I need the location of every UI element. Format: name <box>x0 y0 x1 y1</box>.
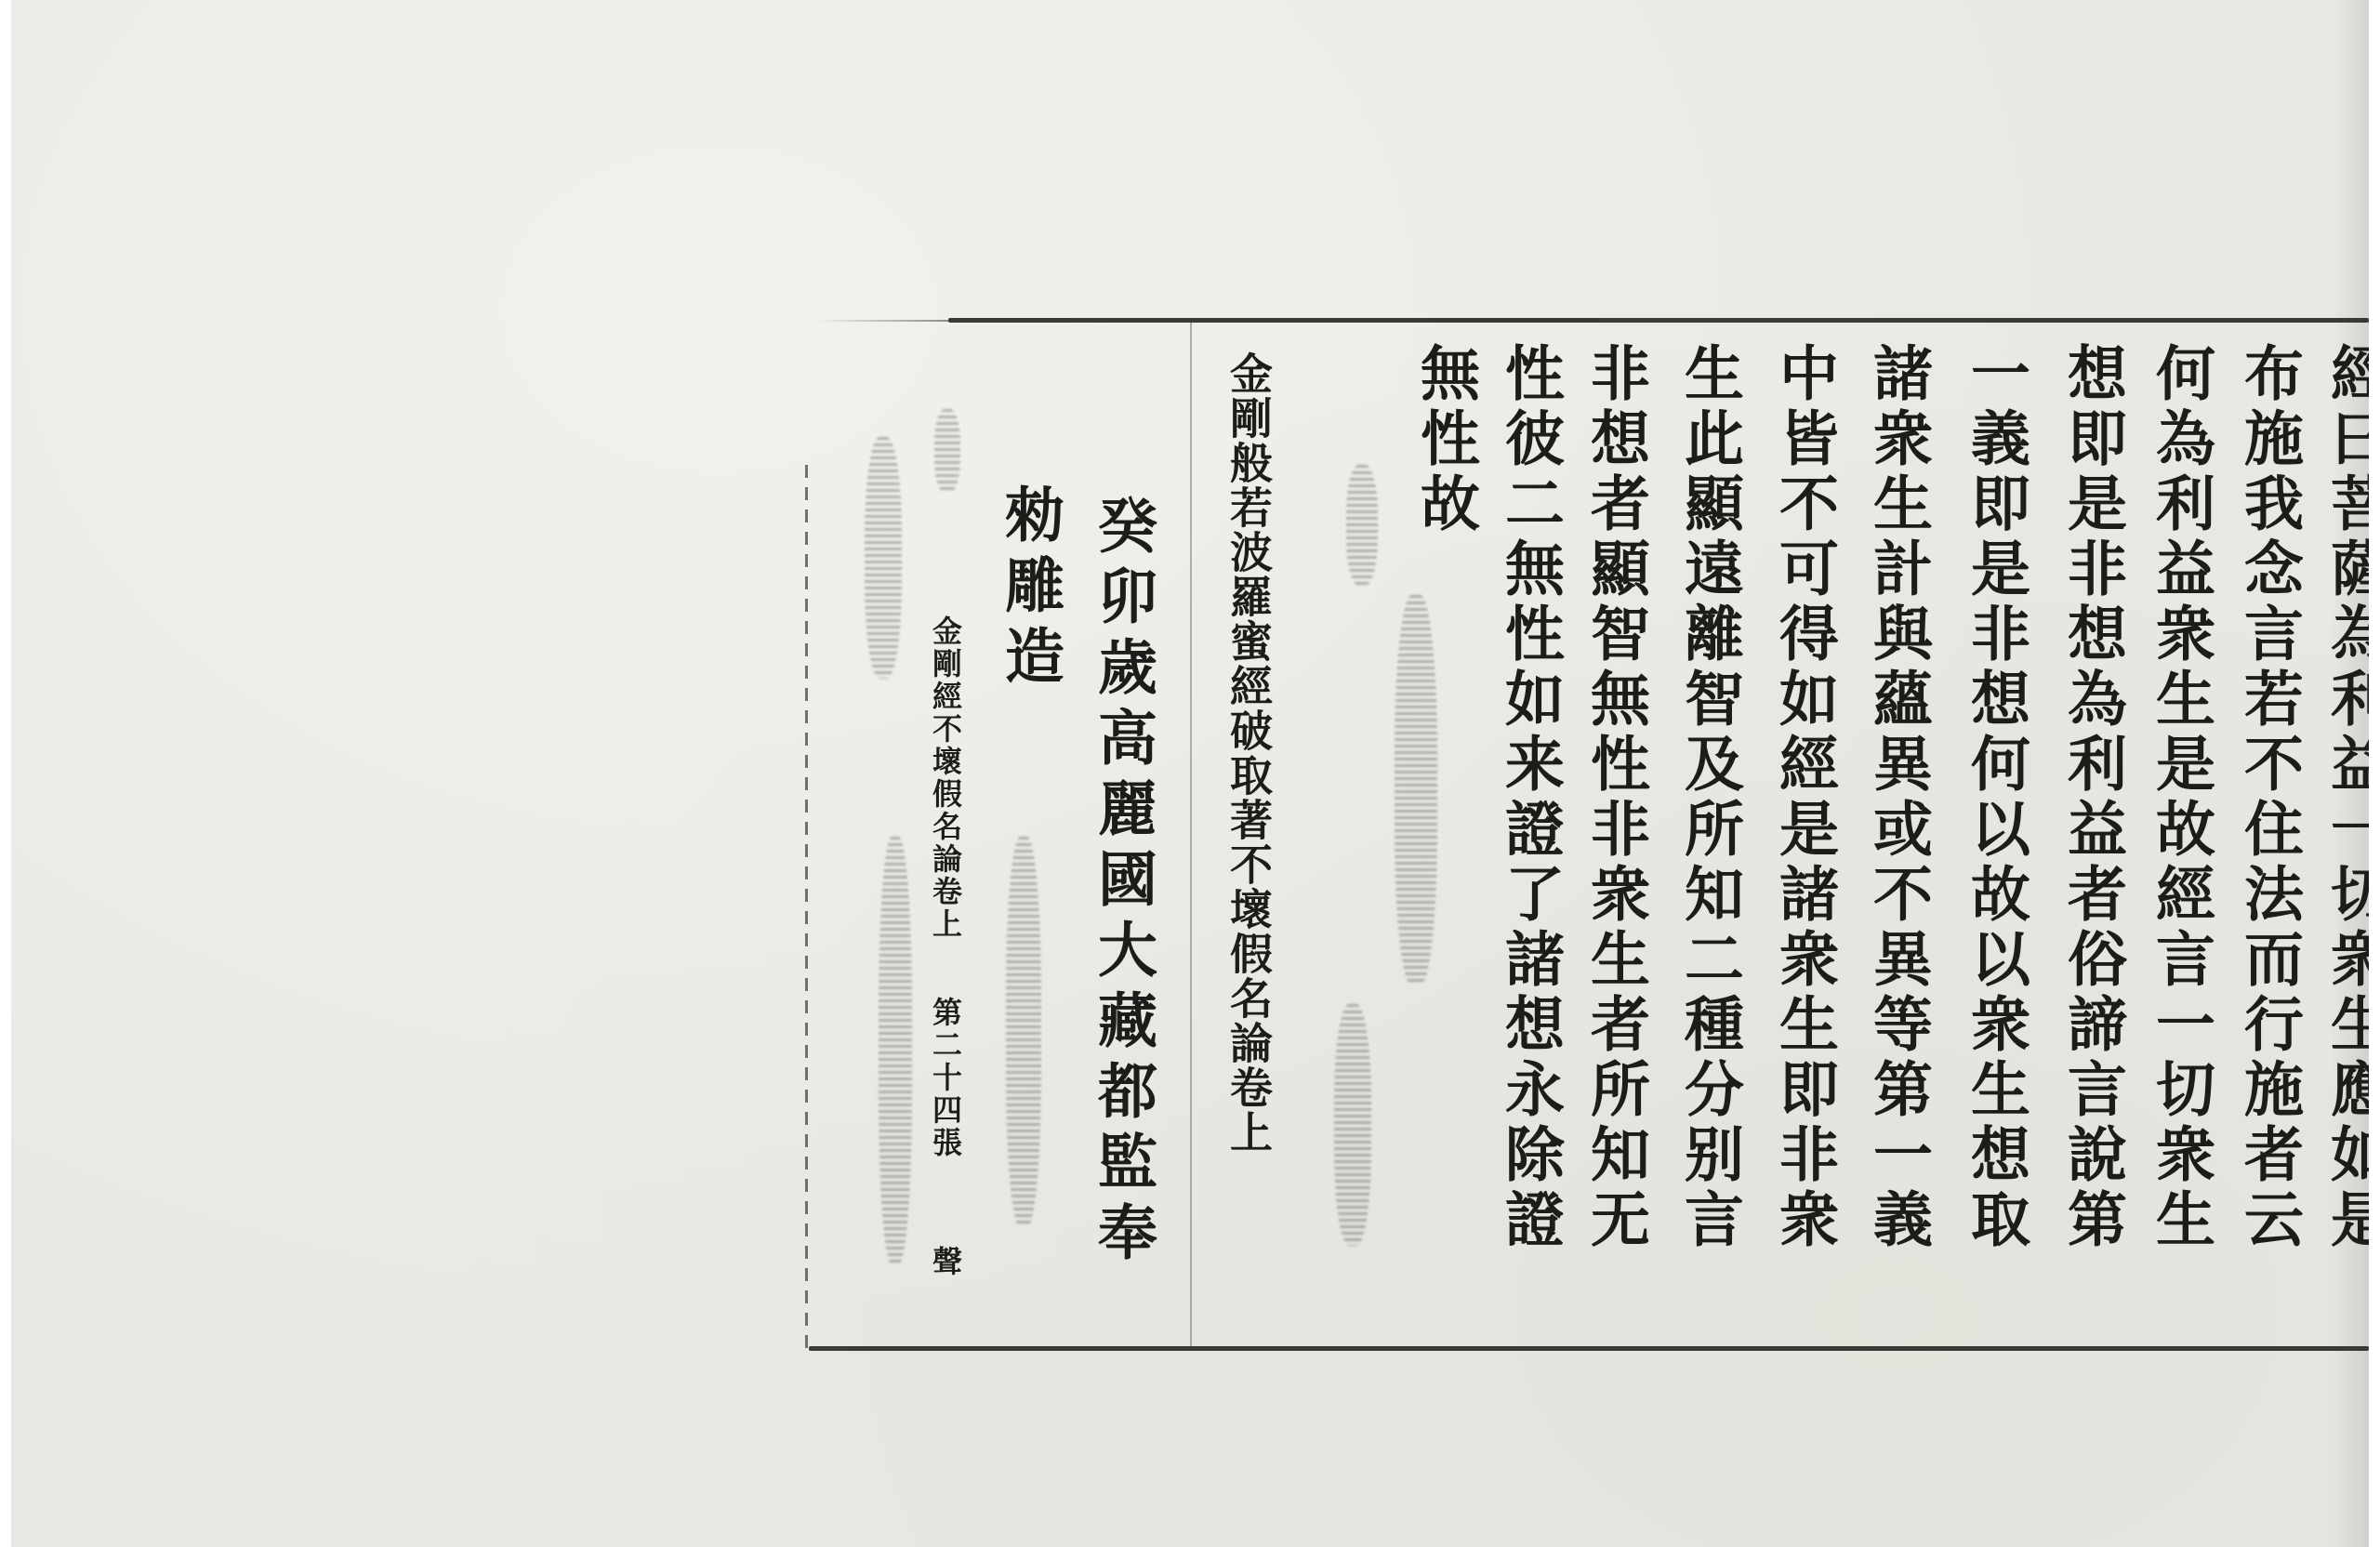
ink-smudge <box>1395 595 1437 985</box>
text-column-2: 布施我念言若不住法而行施者云 <box>2239 342 2298 1253</box>
column-divider-line <box>1190 323 1192 1346</box>
text-column-11: 無性故 <box>1415 342 1474 537</box>
ink-smudge <box>1006 837 1041 1227</box>
text-column-1: 經曰菩薩為利益一切衆生應如是 <box>2325 342 2369 1253</box>
scripture-title-column: 金剛般若波羅蜜經破取著不壞假名論卷上 <box>1227 351 1270 1155</box>
text-column-3: 何為利益衆生是故經言一切衆生 <box>2150 342 2210 1253</box>
ink-smudge <box>1346 465 1378 586</box>
ink-smudge <box>879 837 912 1264</box>
text-column-9: 非想者顯智無性非衆生者所知无 <box>1585 342 1645 1253</box>
frame-top-fade <box>818 320 948 322</box>
margin-note-case-mark: 聲 <box>931 1246 960 1278</box>
text-column-8: 生此顯遠離智及所知二種分别言 <box>1679 342 1739 1253</box>
print-block: 經曰菩薩為利益一切衆生應如是 布施我念言若不住法而行施者云 何為利益衆生是故經言… <box>0 0 2369 1547</box>
ink-smudge <box>1334 1004 1371 1246</box>
text-column-10: 性彼二無性如来證了諸想永除證 <box>1500 342 1559 1253</box>
frame-top-border <box>948 318 2369 323</box>
text-column-7: 中皆不可得如經是諸衆生即非衆 <box>1774 342 1833 1253</box>
ink-smudge <box>865 437 902 679</box>
margin-note-page-label: 第二十四張 <box>931 997 960 1159</box>
frame-bottom-border <box>809 1346 2369 1351</box>
ink-smudge <box>934 409 960 493</box>
colophon-line-2: 勑雕造 <box>999 483 1059 695</box>
colophon-line-1: 癸卯歲高麗國大藏都監奉 <box>1092 495 1152 1272</box>
text-column-4: 想即是非想為利益者俗諦言說第 <box>2062 342 2122 1253</box>
text-column-5: 一義即是非想何以故以衆生想取 <box>1965 342 2025 1253</box>
frame-left-border <box>805 465 808 1348</box>
margin-note-title: 金剛經不壞假名論卷上 <box>931 615 960 941</box>
text-column-6: 諸衆生計與蘊異或不異等第一義 <box>1868 342 1927 1253</box>
